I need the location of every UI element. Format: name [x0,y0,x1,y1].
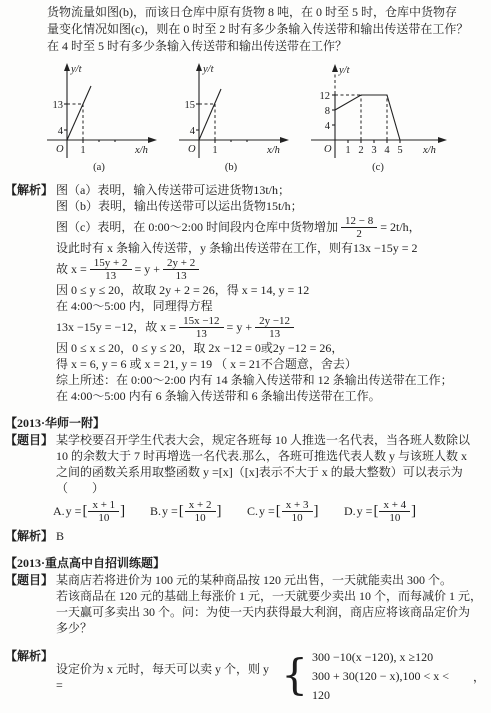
intro-line: 量变化情况如图(c)，则在 0 时至 2 时有多少条输入传送带和输出传送带在工作… [47,21,485,38]
solution-line: 因 0 ≤ x ≤ 20，0 ≤ y ≤ 20，取 2x −12 = 0或2y … [56,340,485,356]
origin-label: O [188,144,196,155]
intro-line: 在 4 时至 5 时有多少条输入传送带和输出传送带在工作？ [47,38,485,55]
open-bracket: [ [373,504,378,519]
fraction-denominator: 13 [265,328,284,340]
y-tick-label: 4 [58,126,64,137]
math-text: 设定价为 x 元时，每天可以卖 y 个，则 y = [56,661,277,693]
problem-line: 若该商品在 120 元的基础上每涨价 1 元，一天就要少卖出 10 个，而每减价… [56,588,485,604]
x-tick-label: 4 [384,145,390,156]
answer-text: B [56,528,485,544]
x-tick-label: 2 [358,145,363,156]
problem-label: 【题目】 [5,572,53,588]
solution-line: 图（a）表明，输入传送带可运进货物13t/h； [56,182,485,198]
close-bracket: ] [217,504,222,519]
x-tick-label: 1 [345,145,350,156]
fraction: x + 2 10 [185,499,216,524]
y-tick-label: 15 [185,100,196,111]
option-label: B. [150,504,161,519]
answer-blank: （ ） [56,480,485,496]
solution-line: 得 x = 6, y = 6 或 x = 21, y = 19 （ x = 21… [56,356,485,372]
solution-line: 图（c）表明，在 0:00～2:00 时间段内仓库中货物增加 12 − 8 2 … [56,214,485,240]
math-text: 图（c）表明，在 0:00～2:00 时间段内仓库中货物增加 [56,219,338,235]
solution-line: 13x −15y = −12，故 x = 15x −12 13 = y + 2y… [56,314,485,340]
analysis-label: 【解析】 [5,182,53,198]
x-tick-label: 1 [80,145,85,156]
fraction-denominator: 13 [192,328,211,340]
open-bracket: [ [82,504,87,519]
origin-label: O [324,144,332,155]
fraction-numerator: x + 3 [282,499,313,512]
x-axis-label: x/h [134,145,148,156]
piecewise-case: 300 + 30(120 − x),100 < x < 120 [312,667,469,705]
figure-caption: (b) [225,162,238,172]
y-tick-label: 12 [320,91,331,102]
options-row: A. y = [ x + 1 10 ] B. y = [ x + 2 10 ] … [53,499,485,524]
problem-block-2: 【题目】 某学校要召开学生代表大会，规定各班每 10 人推选一名代表，当各班人数… [5,432,485,496]
problem-block-3: 【题目】 某商店若将进价为 100 元的某种商品按 120 元出售，一天就能卖出… [5,572,485,636]
option-b: B. y = [ x + 2 10 ] [150,499,247,524]
problem-line: 某学校要召开学生代表大会，规定各班每 10 人推选一名代表，当各班人数除以 [56,432,485,448]
fraction: x + 1 10 [88,499,119,524]
math-text: 13x −15y = −12，故 x = [56,319,176,335]
solution-line: 在 4:00～5:00 内有 6 条输入传送带和 6 条输出传送带在工作。 [56,388,485,404]
open-bracket: [ [179,504,184,519]
fraction-numerator: x + 2 [185,499,216,512]
origin-label: O [56,144,64,155]
math-text: = y + [227,319,253,335]
problem-intro: 货物流量如图(b)，而该日仓库中原有货物 8 吨，在 0 时至 5 时，仓库中货… [47,4,485,55]
x-axis-arrow-icon [148,137,157,143]
problem-line: 多少？ [56,620,485,636]
fraction: 15y + 2 13 [90,257,132,282]
fraction: 2y + 2 13 [163,257,199,282]
y-axis-label: y/t [70,64,83,75]
option-c: C. y = [ x + 3 10 ] [247,499,344,524]
problem-line: 之间的函数关系用取整函数 y =[x]（[x]表示不大于 x 的最大整数）可以表… [56,464,485,480]
math-text: y = [357,504,373,519]
y-tick-label: 4 [190,126,196,137]
close-bracket: ] [120,504,125,519]
analysis-label: 【解析】 [5,648,53,664]
fraction-numerator: 12 − 8 [341,215,377,228]
problem-line: 一天赢可多卖出 30 个。问：为使一天内获得最大利润，商店应将该商品定价为 [56,604,485,620]
problem-label: 【题目】 [5,432,53,448]
fraction-numerator: 2y + 2 [163,257,199,270]
y-axis-label: y/t [338,65,351,76]
fraction-numerator: 2y −12 [255,315,294,328]
section-heading: 【2013·华师一附】 [5,414,485,431]
figure-b: y/t x/h O 15 4 1 (b) [173,60,293,172]
math-text: y = [66,504,82,519]
solution-line: 因 0 ≤ y ≤ 20，故取 2y + 2 = 26，得 x = 14, y … [56,282,485,298]
close-bracket: ] [411,504,416,519]
math-text: ， [473,669,485,685]
y-axis-arrow-icon [332,64,338,72]
fraction-denominator: 13 [172,270,191,282]
close-bracket: ] [314,504,319,519]
x-axis-label: x/h [422,145,436,156]
solution-line: 故 x = 15y + 2 13 = y + 2y + 2 13 [56,256,485,282]
fraction-numerator: 15y + 2 [90,257,132,270]
solution-line: 在 4:00～5:00 内，同理得方程 [56,298,485,314]
x-tick-label: 3 [371,145,376,156]
problem-line: 10 的余数大于 7 时再增选一名代表.那么，各班可推选代表人数 y 与该班人数… [56,448,485,464]
figure-c: y/t x/h O 12 8 4 1 2 3 4 5 (c) [303,60,458,172]
x-axis-arrow-icon [280,137,289,143]
fraction: 12 − 8 2 [341,215,377,240]
fraction-numerator: x + 4 [379,499,410,512]
figure-caption: (c) [372,162,384,172]
fraction-numerator: x + 1 [88,499,119,512]
x-axis-label: x/h [266,145,280,156]
fraction-denominator: 10 [191,512,210,524]
math-text: = 2t/h， [380,219,420,235]
math-text: y = [259,504,275,519]
figures-row: y/t x/h O 13 4 1 (a) y/t x/h O 15 [41,60,485,172]
y-tick-label: 13 [53,100,64,111]
fraction-denominator: 2 [352,228,366,240]
intro-line: 货物流量如图(b)，而该日仓库中原有货物 8 吨，在 0 时至 5 时，仓库中货… [47,4,485,21]
y-tick-label: 4 [325,121,331,132]
data-line [335,95,400,140]
analysis-block-2: 【解析】 B [5,528,485,544]
figure-caption: (a) [93,162,105,172]
math-text: y = [162,504,178,519]
solution-line: 设此时有 x 条输入传送带，y 条输出传送带在工作，则有13x −15y = 2 [56,240,485,256]
option-label: A. [53,504,65,519]
analysis-block-1: 【解析】 图（a）表明，输入传送带可运进货物13t/h； 图（b）表明，输出传送… [5,182,485,404]
fraction-denominator: 10 [288,512,307,524]
x-tick-label: 5 [397,145,402,156]
y-axis-label: y/t [202,64,215,75]
solution-line: 设定价为 x 元时，每天可以卖 y 个，则 y = { 300 −10(x −1… [56,648,485,705]
y-axis-arrow-icon [196,63,202,71]
solution-line: 综上所述：在 0:00～2:00 内有 14 条输入传送带和 12 条输出传送带… [56,372,485,388]
fraction: 2y −12 13 [255,315,294,340]
y-axis-arrow-icon [64,63,70,71]
left-brace-icon: { [281,657,308,693]
section-heading: 【2013·重点高中自招训练题】 [5,554,485,571]
fraction-numerator: 15x −12 [179,315,223,328]
fraction: x + 4 10 [379,499,410,524]
fraction-denominator: 10 [385,512,404,524]
analysis-block-3: 【解析】 设定价为 x 元时，每天可以卖 y 个，则 y = { 300 −10… [5,648,485,705]
document-page: 货物流量如图(b)，而该日仓库中原有货物 8 吨，在 0 时至 5 时，仓库中货… [0,0,491,713]
x-tick-label: 1 [212,145,217,156]
fraction-denominator: 13 [101,270,120,282]
figure-a: y/t x/h O 13 4 1 (a) [41,60,161,172]
data-line [199,89,221,140]
fraction: x + 3 10 [282,499,313,524]
analysis-label: 【解析】 [5,528,53,544]
fraction: 15x −12 13 [179,315,223,340]
problem-line: 某商店若将进价为 100 元的某种商品按 120 元出售，一天就能卖出 300 … [56,572,485,588]
fraction-denominator: 10 [94,512,113,524]
math-text: 故 x = [56,261,87,277]
data-line [67,86,91,140]
x-axis-arrow-icon [438,137,447,143]
option-label: D. [344,504,356,519]
option-a: A. y = [ x + 1 10 ] [53,499,150,524]
y-tick-label: 8 [325,106,330,117]
math-text: = y + [135,261,161,277]
solution-line: 图（b）表明，输出传送带可以运出货物15t/h； [56,198,485,214]
piecewise-case: 300 −10(x −120), x ≥120 [312,648,469,667]
piecewise-function: 300 −10(x −120), x ≥120 300 + 30(120 − x… [312,648,469,705]
option-label: C. [247,504,258,519]
option-d: D. y = [ x + 4 10 ] [344,499,441,524]
open-bracket: [ [276,504,281,519]
